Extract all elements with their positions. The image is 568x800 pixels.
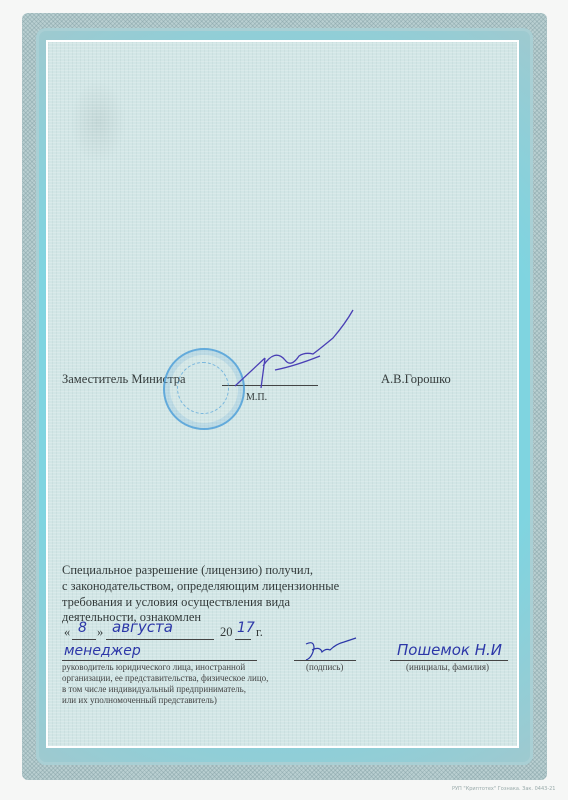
position-caption-4: или их уполномоченный представитель) (62, 695, 217, 706)
date-year-suffix: 17 (237, 620, 255, 636)
month-underline (106, 639, 214, 640)
day-underline (72, 639, 96, 640)
recipient-name-handwritten: Пошемок Н.И (397, 641, 502, 659)
name-underline (390, 660, 508, 661)
date-year-prefix: 20 (220, 624, 233, 640)
ack-line-3: требования и условия осуществления вида (62, 594, 290, 610)
name-caption: (инициалы, фамилия) (406, 662, 489, 673)
year-underline (235, 639, 251, 640)
recipient-position-handwritten: менеджер (64, 643, 141, 659)
date-close-quote: » (97, 624, 103, 640)
position-caption-1: руководитель юридического лица, иностран… (62, 662, 245, 673)
position-underline (62, 660, 257, 661)
position-caption-3: в том числе индивидуальный предпринимате… (62, 684, 246, 695)
date-year-unit: г. (256, 624, 263, 640)
stamp-emblem (177, 362, 229, 414)
signature-caption: (подпись) (306, 662, 343, 673)
date-month: августа (112, 618, 173, 636)
minister-signature (225, 308, 365, 398)
ack-line-1: Специальное разрешение (лицензию) получи… (62, 562, 313, 578)
signature-underline (294, 660, 356, 661)
signatory-name: А.В.Горошко (381, 371, 451, 387)
ack-line-2: с законодательством, определяющим лиценз… (62, 578, 339, 594)
date-open-quote: « (64, 624, 70, 640)
printer-note: РУП "Криптотех" Гознака. Зак. 0443-21 (452, 786, 555, 792)
position-caption-2: организации, ее представительства, физич… (62, 673, 268, 684)
recipient-signature (300, 638, 360, 662)
date-day: 8 (78, 620, 87, 636)
